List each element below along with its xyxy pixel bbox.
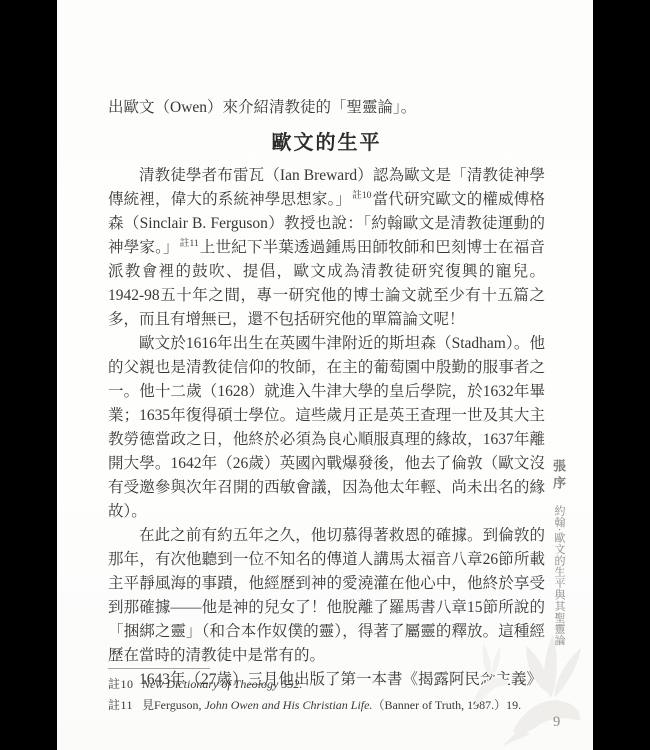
footnote-label: 註11 [108, 695, 142, 716]
footnote-reference: 註11 [179, 239, 200, 249]
margin-section-label: 張序 [549, 459, 568, 493]
footnote-text: New Dictionary of Theology 552. [142, 674, 302, 695]
body-paragraph: 清教徒學者布雷瓦（Ian Breward）認為歐文是「清教徒神學傳統裡，偉大的系… [108, 164, 545, 332]
book-page: 出歐文（Owen）來介紹清教徒的「聖靈論」。 歐文的生平 清教徒學者布雷瓦（Ia… [57, 0, 593, 750]
margin-running-title: 約翰·歐文的生平與其聖靈論 [551, 505, 567, 646]
page-number: 9 [553, 714, 560, 731]
book-page-scan: 出歐文（Owen）來介紹清教徒的「聖靈論」。 歐文的生平 清教徒學者布雷瓦（Ia… [0, 0, 650, 750]
section-heading: 歐文的生平 [108, 128, 545, 158]
body-paragraph: 歐文於1616年出生在英國牛津附近的斯坦森（Stadham）。他的父親也是清教徒… [108, 332, 545, 524]
dove-watermark-large [501, 630, 593, 750]
intro-line: 出歐文（Owen）來介紹清教徒的「聖靈論」。 [108, 96, 545, 120]
paragraphs: 清教徒學者布雷瓦（Ian Breward）認為歐文是「清教徒神學傳統裡，偉大的系… [108, 164, 545, 692]
footnote-label: 註10 [108, 674, 142, 695]
body-text: 出歐文（Owen）來介紹清教徒的「聖靈論」。 歐文的生平 清教徒學者布雷瓦（Ia… [108, 96, 545, 692]
footnote-reference: 註10 [351, 191, 372, 201]
footnote-divider [108, 668, 210, 669]
